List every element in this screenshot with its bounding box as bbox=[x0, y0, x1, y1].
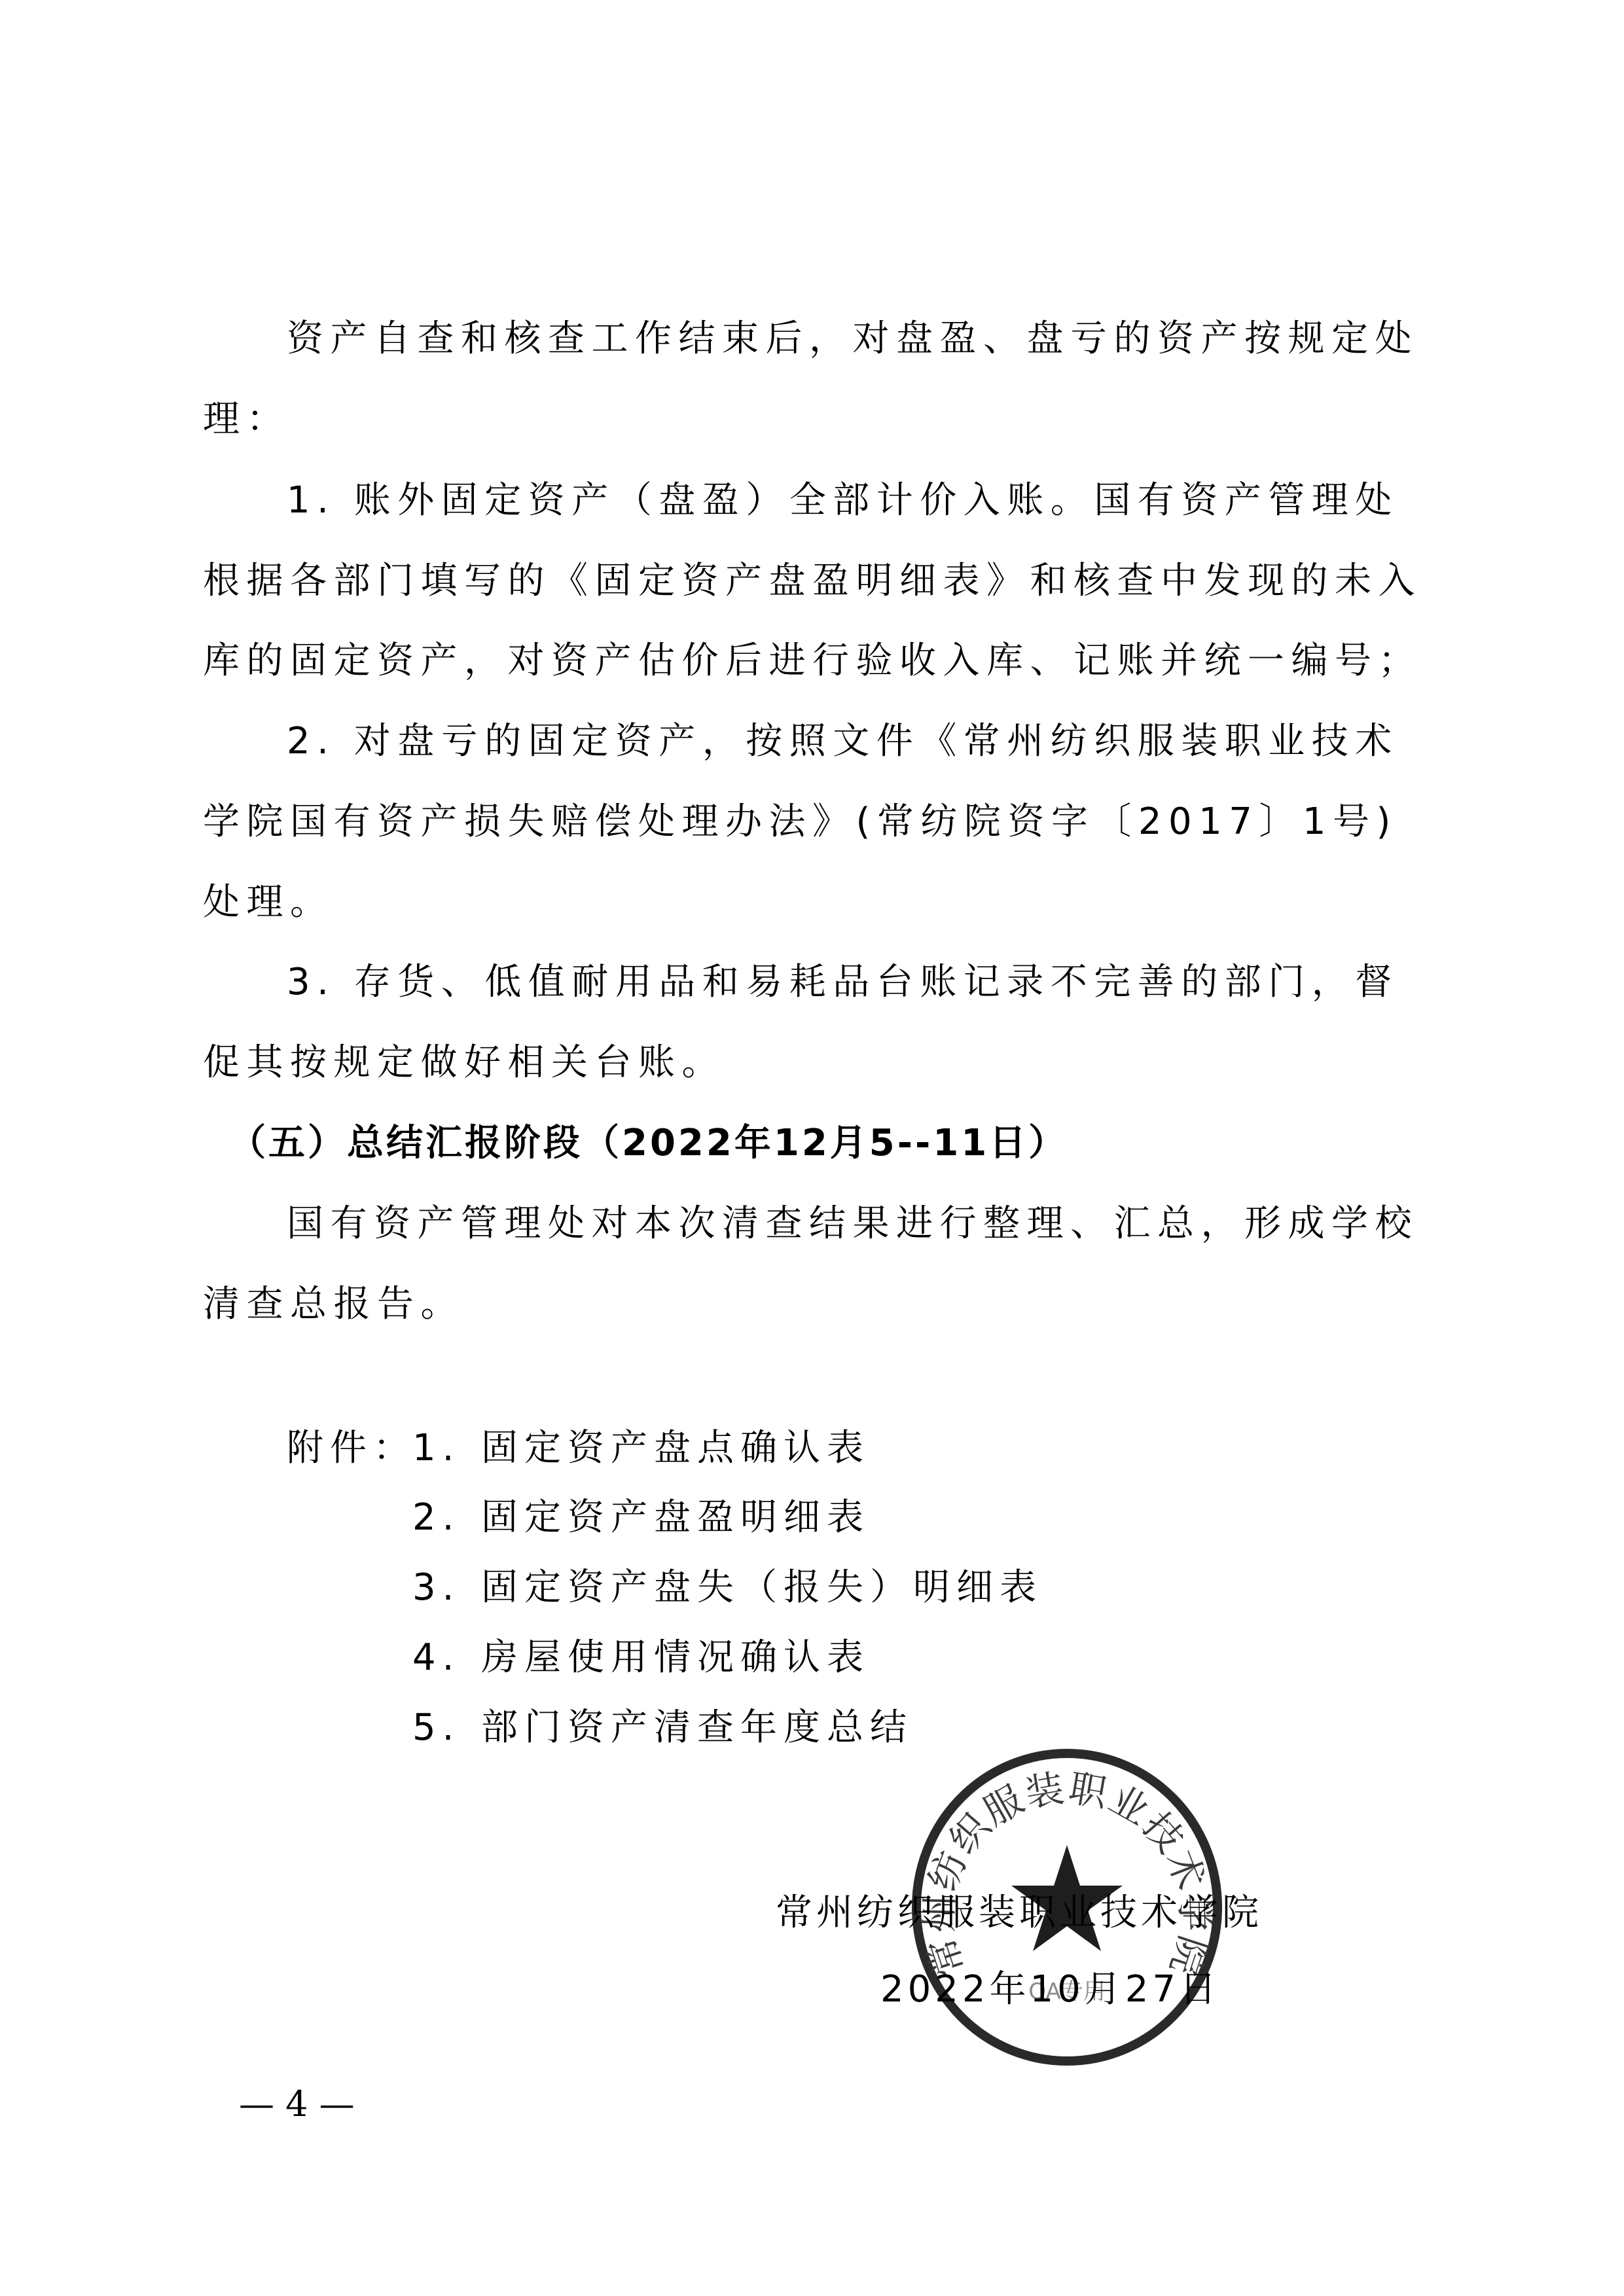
paragraph-4-line-2: 促其按规定做好相关台账。 bbox=[203, 1040, 1420, 1086]
document-page: 资产自查和核查工作结束后，对盘盈、盘亏的资产按规定处 理： 1. 账外固定资产（… bbox=[0, 0, 1624, 2296]
attachment-number: 3. bbox=[412, 1565, 484, 1611]
paragraph-2-line-2: 根据各部门填写的《固定资产盘盈明细表》和核查中发现的未入 bbox=[203, 558, 1420, 604]
paragraph-3-line-2: 学院国有资产损失赔偿处理办法》(常纺院资字〔2017〕1号) bbox=[203, 799, 1420, 845]
attachment-item-4: 4. 房屋使用情况确认表 bbox=[412, 1635, 1198, 1681]
signature-organization: 常州纺织服装职业技术学院 bbox=[776, 1890, 1263, 1936]
attachment-item-2: 2. 固定资产盘盈明细表 bbox=[412, 1495, 1198, 1541]
signature-date: 2022年10月27日 bbox=[880, 1967, 1220, 2013]
attachment-number: 2. bbox=[412, 1495, 484, 1541]
attachment-item-3: 3. 固定资产盘失（报失）明细表 bbox=[412, 1565, 1198, 1611]
attachment-title: 固定资产盘失（报失）明细表 bbox=[481, 1565, 1043, 1611]
attachment-title: 房屋使用情况确认表 bbox=[481, 1635, 870, 1681]
attachment-number: 1. bbox=[412, 1426, 484, 1471]
attachment-item-1: 1. 固定资产盘点确认表 bbox=[412, 1426, 1198, 1471]
paragraph-1-line-2: 理： bbox=[203, 397, 1420, 442]
attachment-title: 固定资产盘点确认表 bbox=[481, 1426, 870, 1471]
attachment-title: 固定资产盘盈明细表 bbox=[481, 1495, 870, 1541]
summary-line-2: 清查总报告。 bbox=[203, 1282, 1420, 1327]
attachment-number: 4. bbox=[412, 1635, 484, 1681]
section-heading: （五）总结汇报阶段（2022年12月5--11日） bbox=[229, 1121, 1447, 1166]
attachment-item-5: 5. 部门资产清查年度总结 bbox=[412, 1705, 1198, 1751]
paragraph-2-line-3: 库的固定资产，对资产估价后进行验收入库、记账并统一编号； bbox=[203, 638, 1420, 684]
paragraph-3-line-3: 处理。 bbox=[203, 880, 1420, 925]
paragraph-3-line-1: 2. 对盘亏的固定资产，按照文件《常州纺织服装职业技术 bbox=[287, 719, 1504, 764]
paragraph-1-line-1: 资产自查和核查工作结束后，对盘盈、盘亏的资产按规定处 bbox=[287, 316, 1504, 362]
page-number: — 4 — bbox=[239, 2085, 355, 2124]
attachment-title: 部门资产清查年度总结 bbox=[481, 1705, 913, 1751]
summary-line-1: 国有资产管理处对本次清查结果进行整理、汇总，形成学校 bbox=[287, 1201, 1504, 1247]
attachment-number: 5. bbox=[412, 1705, 484, 1751]
paragraph-4-line-1: 3. 存货、低值耐用品和易耗品台账记录不完善的部门，督 bbox=[287, 960, 1504, 1005]
attachments-label: 附件： bbox=[287, 1426, 416, 1471]
paragraph-2-line-1: 1. 账外固定资产（盘盈）全部计价入账。国有资产管理处 bbox=[287, 478, 1504, 524]
